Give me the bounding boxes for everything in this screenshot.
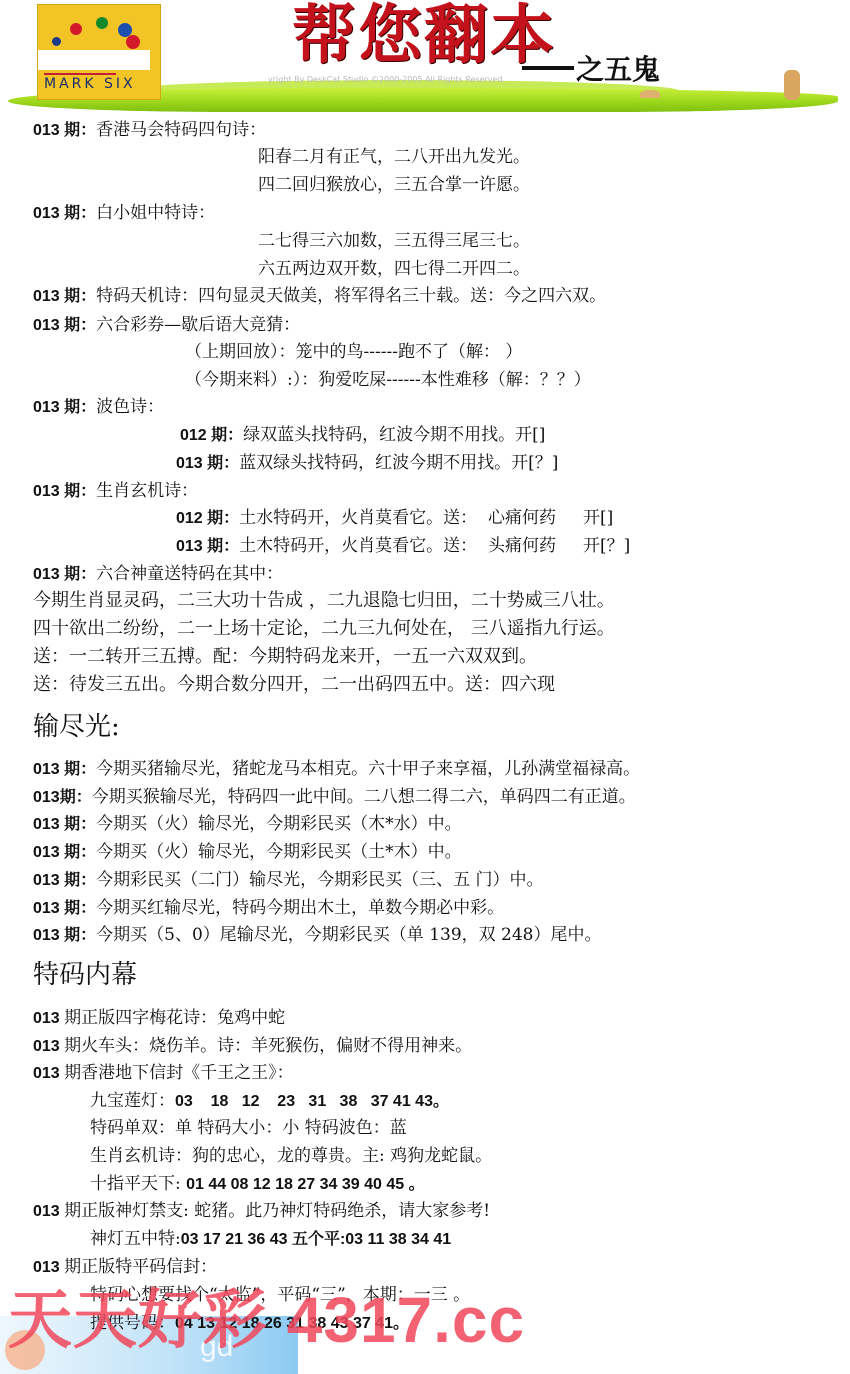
lose-row: 013 期：今期买猪输尽光，猪蛇龙马本相克。六十甲子来享福，儿孙满堂福禄高。 (33, 757, 640, 782)
lamp-sub-row: 神灯五中特:03 17 21 36 43 五个平:03 11 38 34 41 (90, 1227, 451, 1252)
inside-row: 013 期火车头：烧伤羊。诗：羊死猴伤，偏财不得用神来。 (33, 1034, 472, 1059)
logo-ball-icon (126, 35, 140, 49)
page-subtitle: 之五鬼 (576, 48, 660, 88)
lose-row: 013 期：今期买红输尽光，特码今期出木土，单数今期必中彩。 (33, 896, 504, 921)
section-title: 013 期：波色诗： (33, 395, 164, 420)
boy-line: 今期生肖显灵码，二三大功十告成 ，二九退隐七归田，二十势威三八壮。 (33, 589, 615, 613)
header-banner: MARK SIX yright By DeskCat Studio ©2000-… (0, 0, 850, 118)
mushroom-decoration (640, 90, 660, 98)
watermark-text: 天天好彩 4317.cc (8, 1288, 525, 1352)
wave-row: 013 期：蓝双绿头找特码，红波今期不用找。开[？] (176, 451, 558, 476)
envelope-row: 十指平天下: 01 44 08 12 18 27 34 39 40 45 。 (90, 1172, 425, 1197)
boy-line: 送：一二转开三五搏。配：今期特码龙来开，一五一六双双到。 (33, 645, 537, 669)
section-title: 013 期：白小姐中特诗： (33, 201, 215, 226)
logo-rule (44, 73, 116, 75)
section-heading-lose-all: 输尽光: (33, 712, 120, 742)
flat-row: 013 期正版特平码信封： (33, 1255, 217, 1280)
poem-line: 四二回归猴放心，三五合掌一许愿。 (258, 173, 530, 197)
envelope-row: 九宝莲灯：03 18 12 23 31 38 37 41 43。 (90, 1089, 449, 1114)
lose-row: 013 期：今期买（5、0）尾输尽光，今期彩民买（单 139，双 248）尾中。 (33, 923, 602, 948)
title-dash (522, 66, 574, 70)
riddle-line: （上期回放）：笼中的鸟------跑不了（解： ） (185, 340, 522, 364)
riddle-line: （今期来料）:）：狗爱吃屎------本性难移（解：？？） (185, 368, 591, 392)
lose-row: 013期：今期买猴输尽光，特码四一此中间。二八想二得二六，单码四二有正道。 (33, 785, 636, 810)
logo-ball-icon (96, 17, 108, 29)
zodiac-row: 012 期：土水特码开，火肖莫看它。送： 心痛何药 开[] (176, 506, 613, 531)
logo-ball-icon (70, 23, 82, 35)
section-title: 013 期：香港马会特码四句诗： (33, 118, 266, 143)
inside-row: 013 期正版四字梅花诗：兔鸡中蛇 (33, 1006, 285, 1031)
boy-line: 四十欲出二纷纷，二一上场十定论，二九三九何处在， 三八遥指九行运。 (33, 617, 615, 641)
envelope-row: 特码单双：单 特码大小：小 特码波色：蓝 (90, 1116, 407, 1140)
mark-six-logo: MARK SIX (37, 4, 161, 100)
lose-row: 013 期：今期买（火）输尽光，今期彩民买（土*木）中。 (33, 840, 462, 865)
section-title: 013 期：生肖玄机诗： (33, 479, 198, 504)
wave-row: 012 期：绿双蓝头找特码，红波今期不用找。开[] (180, 423, 545, 448)
logo-ball-icon (52, 37, 61, 46)
section-title: 013 期：六合神童送特码在其中： (33, 562, 283, 587)
envelope-row: 生肖玄机诗：狗的忠心，龙的尊贵。主: 鸡狗龙蛇鼠。 (90, 1144, 492, 1168)
boy-line: 送：待发三五出。今期合数分四开，二一出码四五中。送：四六现 (33, 673, 555, 697)
section-heading-inside: 特码内幕 (33, 960, 137, 990)
copyright-text: yright By DeskCat Studio ©2000-2005 All … (268, 75, 505, 84)
section-title: 013 期：特码天机诗：四句显灵天做美，将军得名三十载。送：今之四六双。 (33, 284, 606, 309)
poem-line: 阳春二月有正气，二八开出九发光。 (258, 145, 530, 169)
lamp-row: 013 期正版神灯禁支: 蛇猪。此乃神灯特码绝杀，请大家参考! (33, 1199, 490, 1224)
logo-mask-bar (38, 50, 150, 70)
poem-line: 六五两边双开数，四七得二开四二。 (258, 257, 530, 281)
lose-row: 013 期：今期买（火）输尽光，今期彩民买（木*水）中。 (33, 812, 462, 837)
page-title: 帮您翻本 (292, 4, 556, 68)
stone-decoration (784, 70, 800, 100)
inside-row: 013 期香港地下信封《千王之王》： (33, 1061, 294, 1086)
logo-text: MARK SIX (44, 76, 136, 92)
section-title: 013 期：六合彩券—歇后语大竞猜： (33, 313, 300, 338)
poem-line: 二七得三六加数，三五得三尾三七。 (258, 229, 530, 253)
lose-row: 013 期：今期彩民买（二门）输尽光，今期彩民买（三、五 门）中。 (33, 868, 544, 893)
zodiac-row: 013 期：土木特码开，火肖莫看它。送： 头痛何药 开[？] (176, 534, 630, 559)
